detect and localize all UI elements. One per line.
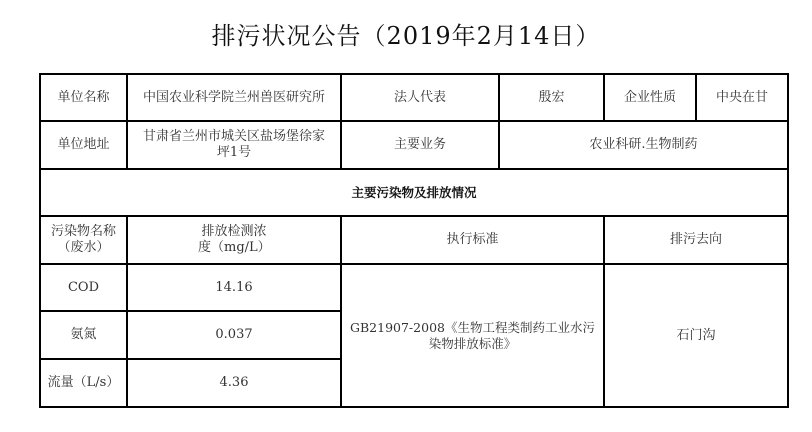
unit-name-value: 中国农业科学院兰州兽医研究所 bbox=[127, 74, 341, 121]
address-value: 甘肃省兰州市城关区盐场堡徐家坪1号 bbox=[127, 121, 341, 169]
address-label: 单位地址 bbox=[40, 121, 127, 169]
section-title: 主要污染物及排放情况 bbox=[40, 169, 788, 216]
standard-value: GB21907-2008《生物工程类制药工业水污染物排放标准》 bbox=[341, 264, 604, 407]
main-business-label: 主要业务 bbox=[341, 121, 499, 169]
header-pollutant-name: 污染物名称（废水） bbox=[40, 216, 127, 264]
destination-value: 石门沟 bbox=[604, 264, 788, 407]
pollutant-name: COD bbox=[40, 264, 127, 311]
main-business-value: 农业科研.生物制药 bbox=[499, 121, 788, 169]
legal-rep-value: 殷宏 bbox=[499, 74, 604, 121]
document-title: 排污状况公告（2019年2月14日） bbox=[0, 16, 812, 51]
pollutant-name: 流量（L/s） bbox=[40, 359, 127, 407]
info-row-address: 单位地址 甘肃省兰州市城关区盐场堡徐家坪1号 主要业务 农业科研.生物制药 bbox=[40, 121, 788, 169]
pollutant-header-row: 污染物名称（废水） 排放检测浓度（mg/L） 执行标准 排污去向 bbox=[40, 216, 788, 264]
header-standard: 执行标准 bbox=[341, 216, 604, 264]
enterprise-type-label: 企业性质 bbox=[604, 74, 696, 121]
unit-name-label: 单位名称 bbox=[40, 74, 127, 121]
enterprise-type-value: 中央在甘 bbox=[696, 74, 788, 121]
header-destination: 排污去向 bbox=[604, 216, 788, 264]
pollutant-name: 氨氮 bbox=[40, 311, 127, 359]
discharge-table: 单位名称 中国农业科学院兰州兽医研究所 法人代表 殷宏 企业性质 中央在甘 单位… bbox=[39, 73, 789, 408]
legal-rep-label: 法人代表 bbox=[341, 74, 499, 121]
pollutant-row: COD 14.16 GB21907-2008《生物工程类制药工业水污染物排放标准… bbox=[40, 264, 788, 311]
header-concentration: 排放检测浓度（mg/L） bbox=[127, 216, 341, 264]
pollutant-value: 14.16 bbox=[127, 264, 341, 311]
pollutant-value: 4.36 bbox=[127, 359, 341, 407]
info-row-name: 单位名称 中国农业科学院兰州兽医研究所 法人代表 殷宏 企业性质 中央在甘 bbox=[40, 74, 788, 121]
section-row: 主要污染物及排放情况 bbox=[40, 169, 788, 216]
pollutant-value: 0.037 bbox=[127, 311, 341, 359]
